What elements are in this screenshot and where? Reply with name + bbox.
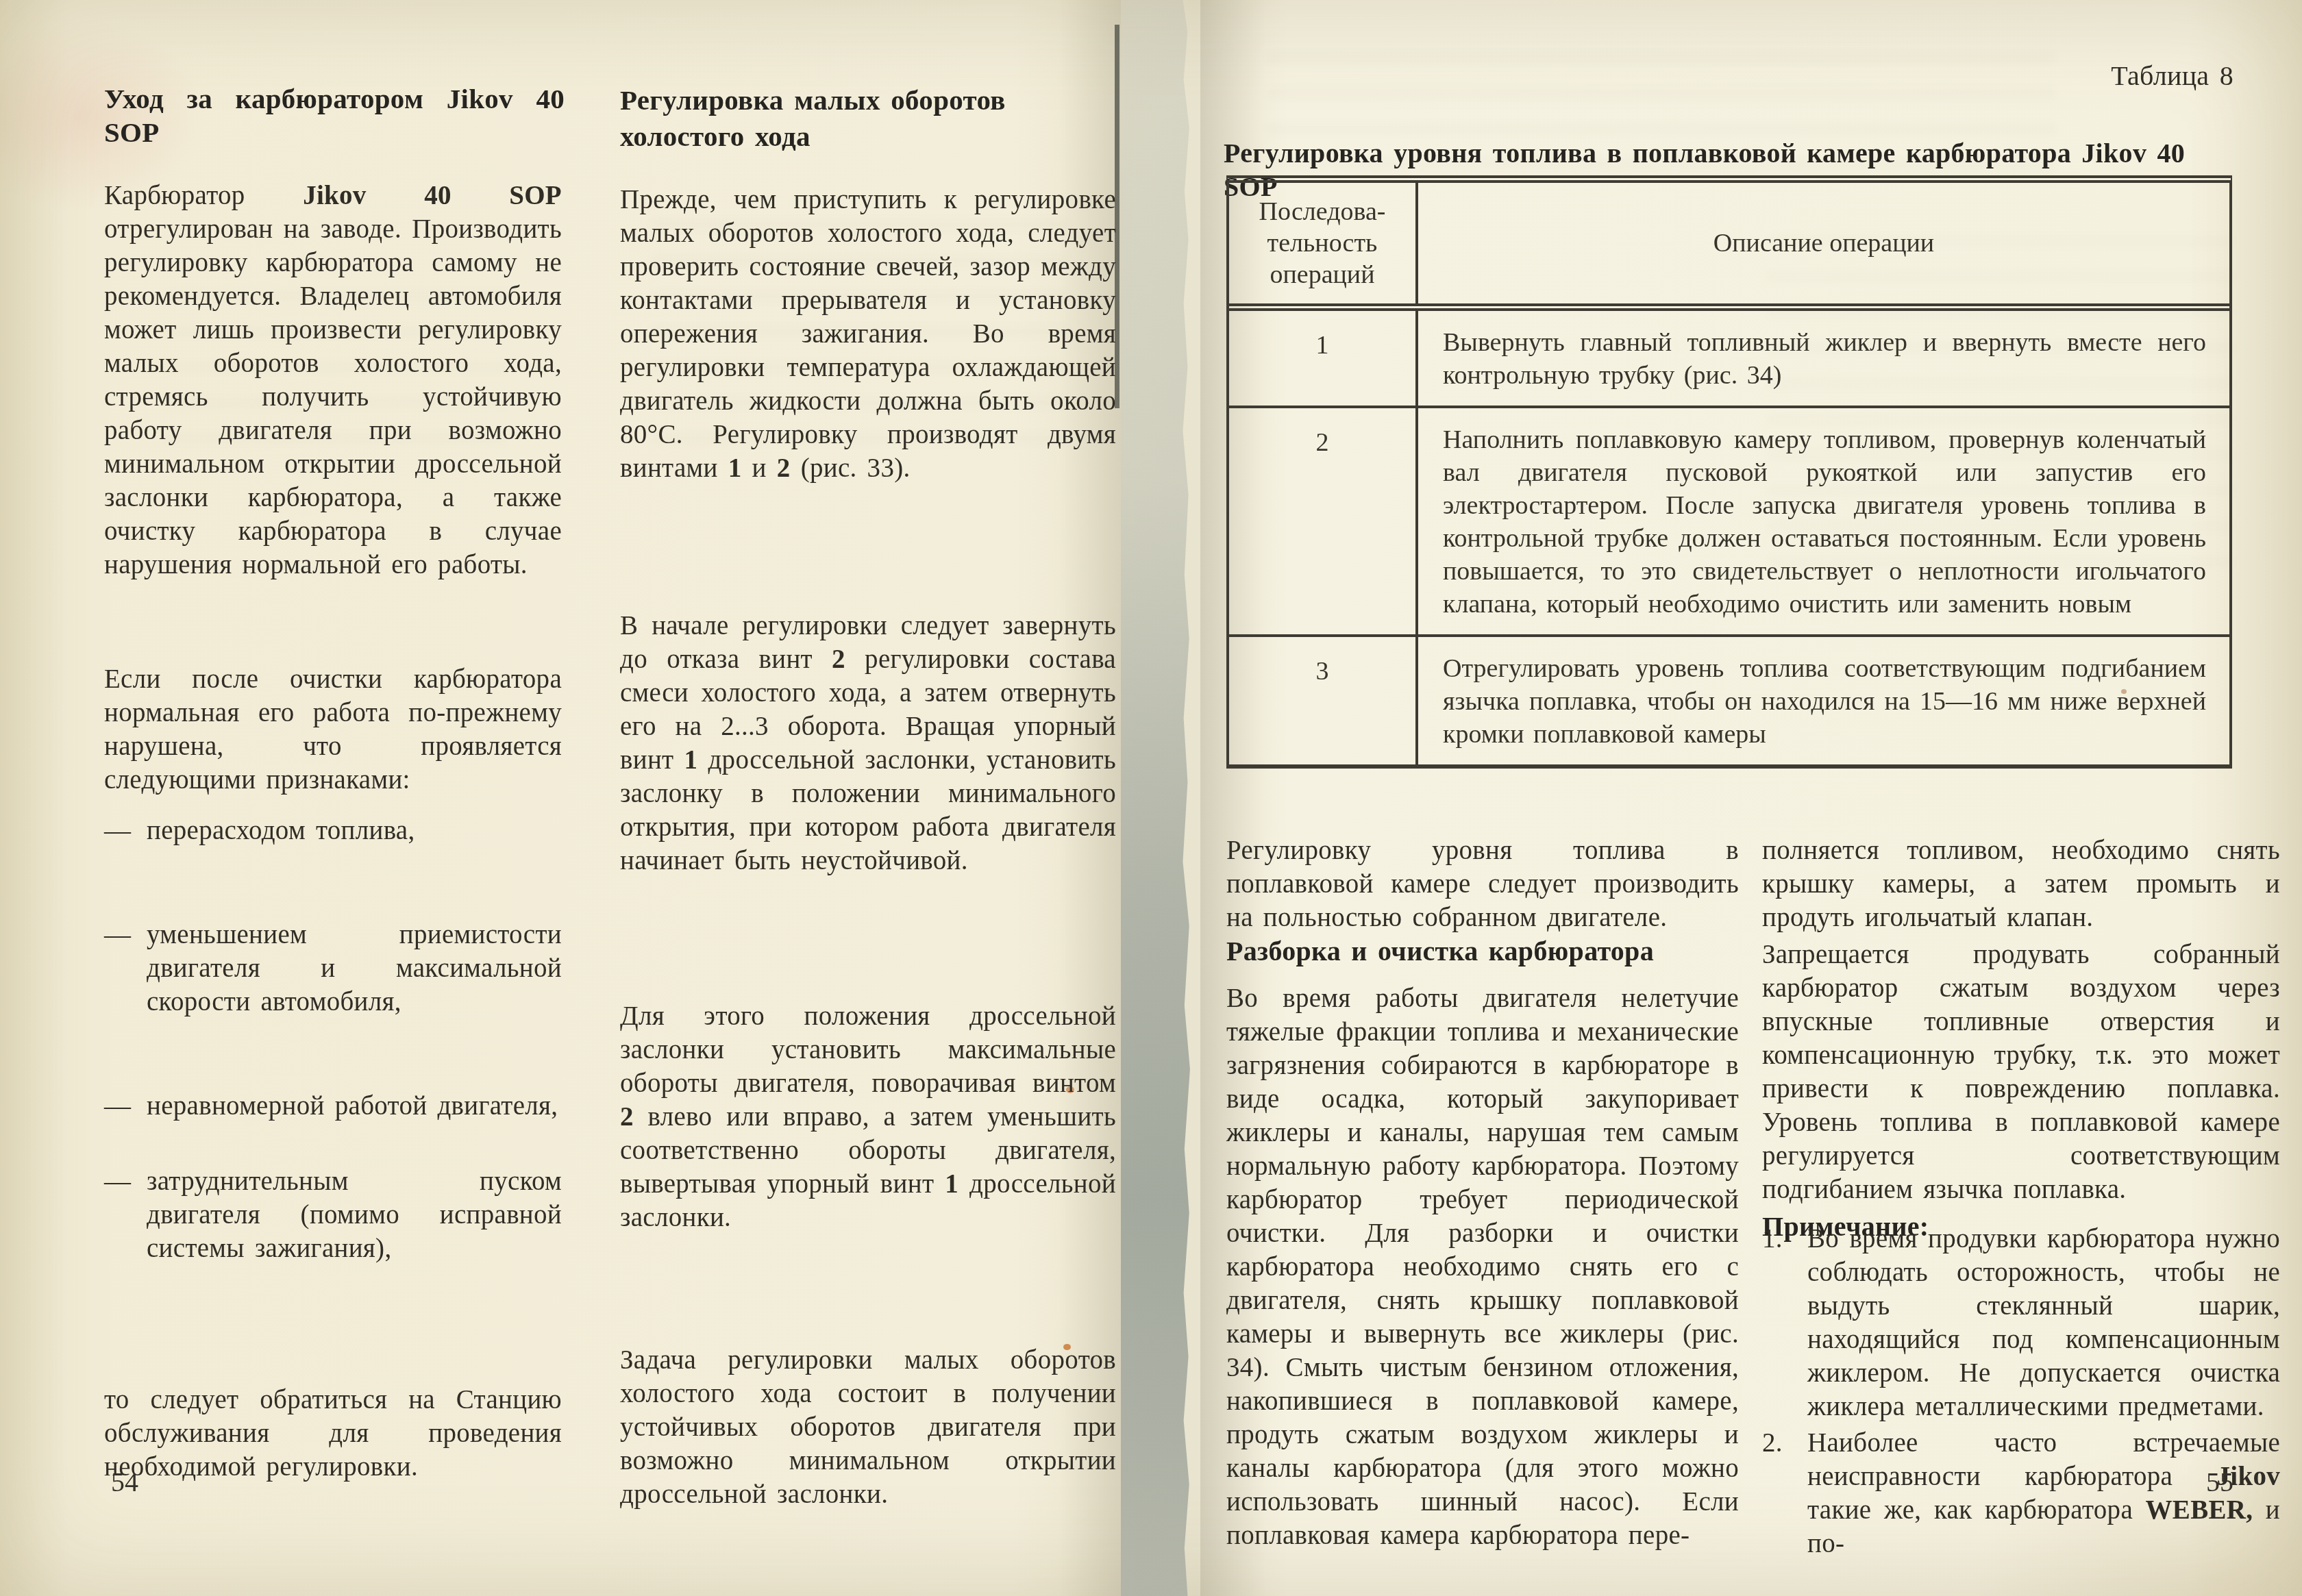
- operation-number: 1: [1229, 311, 1418, 406]
- list-item-text: уменьшением приемистости двигателя и мак…: [147, 918, 562, 1019]
- table-row: 3 Отрегулировать уровень топлива соответ…: [1229, 637, 2229, 764]
- column-header-description: Описание операции: [1418, 183, 2229, 303]
- note-number: 2.: [1762, 1426, 1807, 1560]
- section-heading-carburetor-care: Уход за карбюратором Jikov 40 SOP: [104, 82, 565, 149]
- list-item-text: перерасходом топлива,: [147, 814, 562, 847]
- paragraph: Регулировку уровня топлива в поплавковой…: [1226, 834, 1739, 934]
- page-number-right: 55: [2138, 1466, 2233, 1498]
- operation-description: Наполнить поплавковую камеру топливом, п…: [1418, 408, 2229, 634]
- paragraph: Во время работы двигателя нелетучие тяже…: [1226, 982, 1739, 1552]
- notes-list: 1. Во время продувки карбюратора нужно с…: [1762, 1222, 2280, 1563]
- list-item-text: затруднительным пуском двигателя (помимо…: [147, 1164, 562, 1265]
- list-item: — затруднительным пуском двигателя (поми…: [104, 1164, 562, 1265]
- operation-number: 3: [1229, 637, 1418, 764]
- paragraph: Если после очистки карбюратора нормальна…: [104, 662, 562, 797]
- note-item: 1. Во время продувки карбюратора нужно с…: [1762, 1222, 2280, 1423]
- paragraph: Задача регулировки малых оборотов холост…: [620, 1343, 1116, 1511]
- table-border-box: Последова- тельность операций Описание о…: [1226, 175, 2232, 769]
- paragraph: Карбюратор Jikov 40 SOP отрегулирован на…: [104, 179, 562, 582]
- paragraph: Запрещается продувать собранный карбюрат…: [1762, 938, 2280, 1206]
- note-number: 1.: [1762, 1222, 1807, 1423]
- list-dash-marker: —: [104, 1164, 147, 1265]
- section-heading-disassembly-cleaning: Разборка и очистка карбюратора: [1226, 934, 1739, 968]
- list-dash-marker: —: [104, 918, 147, 1019]
- list-item-text: неравномерной работой двигателя,: [147, 1089, 562, 1123]
- paragraph: Прежде, чем приступить к регулировке мал…: [620, 183, 1116, 485]
- table-caption-label: Таблица 8: [2007, 59, 2233, 92]
- operation-description: Вывернуть главный топливный жиклер и вве…: [1418, 311, 2229, 406]
- note-text: Во время продувки карбюратора нужно собл…: [1807, 1222, 2280, 1423]
- operation-description: Отрегулировать уровень топлива соответст…: [1418, 637, 2229, 764]
- list-item: — неравномерной работой двигателя,: [104, 1089, 562, 1123]
- table-row: 1 Вывернуть главный топливный жиклер и в…: [1229, 311, 2229, 408]
- paragraph: полняется топливом, необходимо снять кры…: [1762, 834, 2280, 934]
- list-item: — уменьшением приемистости двигателя и м…: [104, 918, 562, 1019]
- table-row: 2 Наполнить поплавковую камеру топливом,…: [1229, 408, 2229, 637]
- list-dash-marker: —: [104, 1089, 147, 1123]
- list-dash-marker: —: [104, 814, 147, 847]
- section-heading-idle-adjustment: Регулировка малых оборотов холостого ход…: [620, 82, 1120, 155]
- column-header-sequence: Последова- тельность операций: [1229, 183, 1418, 303]
- page-number-left: 54: [111, 1466, 138, 1498]
- operations-table: Последова- тельность операций Описание о…: [1226, 175, 2232, 769]
- paragraph: В начале регулировки следует завернуть д…: [620, 609, 1116, 877]
- operation-number: 2: [1229, 408, 1418, 634]
- table-header-row: Последова- тельность операций Описание о…: [1229, 183, 2229, 311]
- paragraph: Для этого положения дроссельной заслонки…: [620, 999, 1116, 1234]
- paragraph: то следует обратиться на Станцию обслужи…: [104, 1383, 562, 1484]
- list-item: — перерасходом топлива,: [104, 814, 562, 847]
